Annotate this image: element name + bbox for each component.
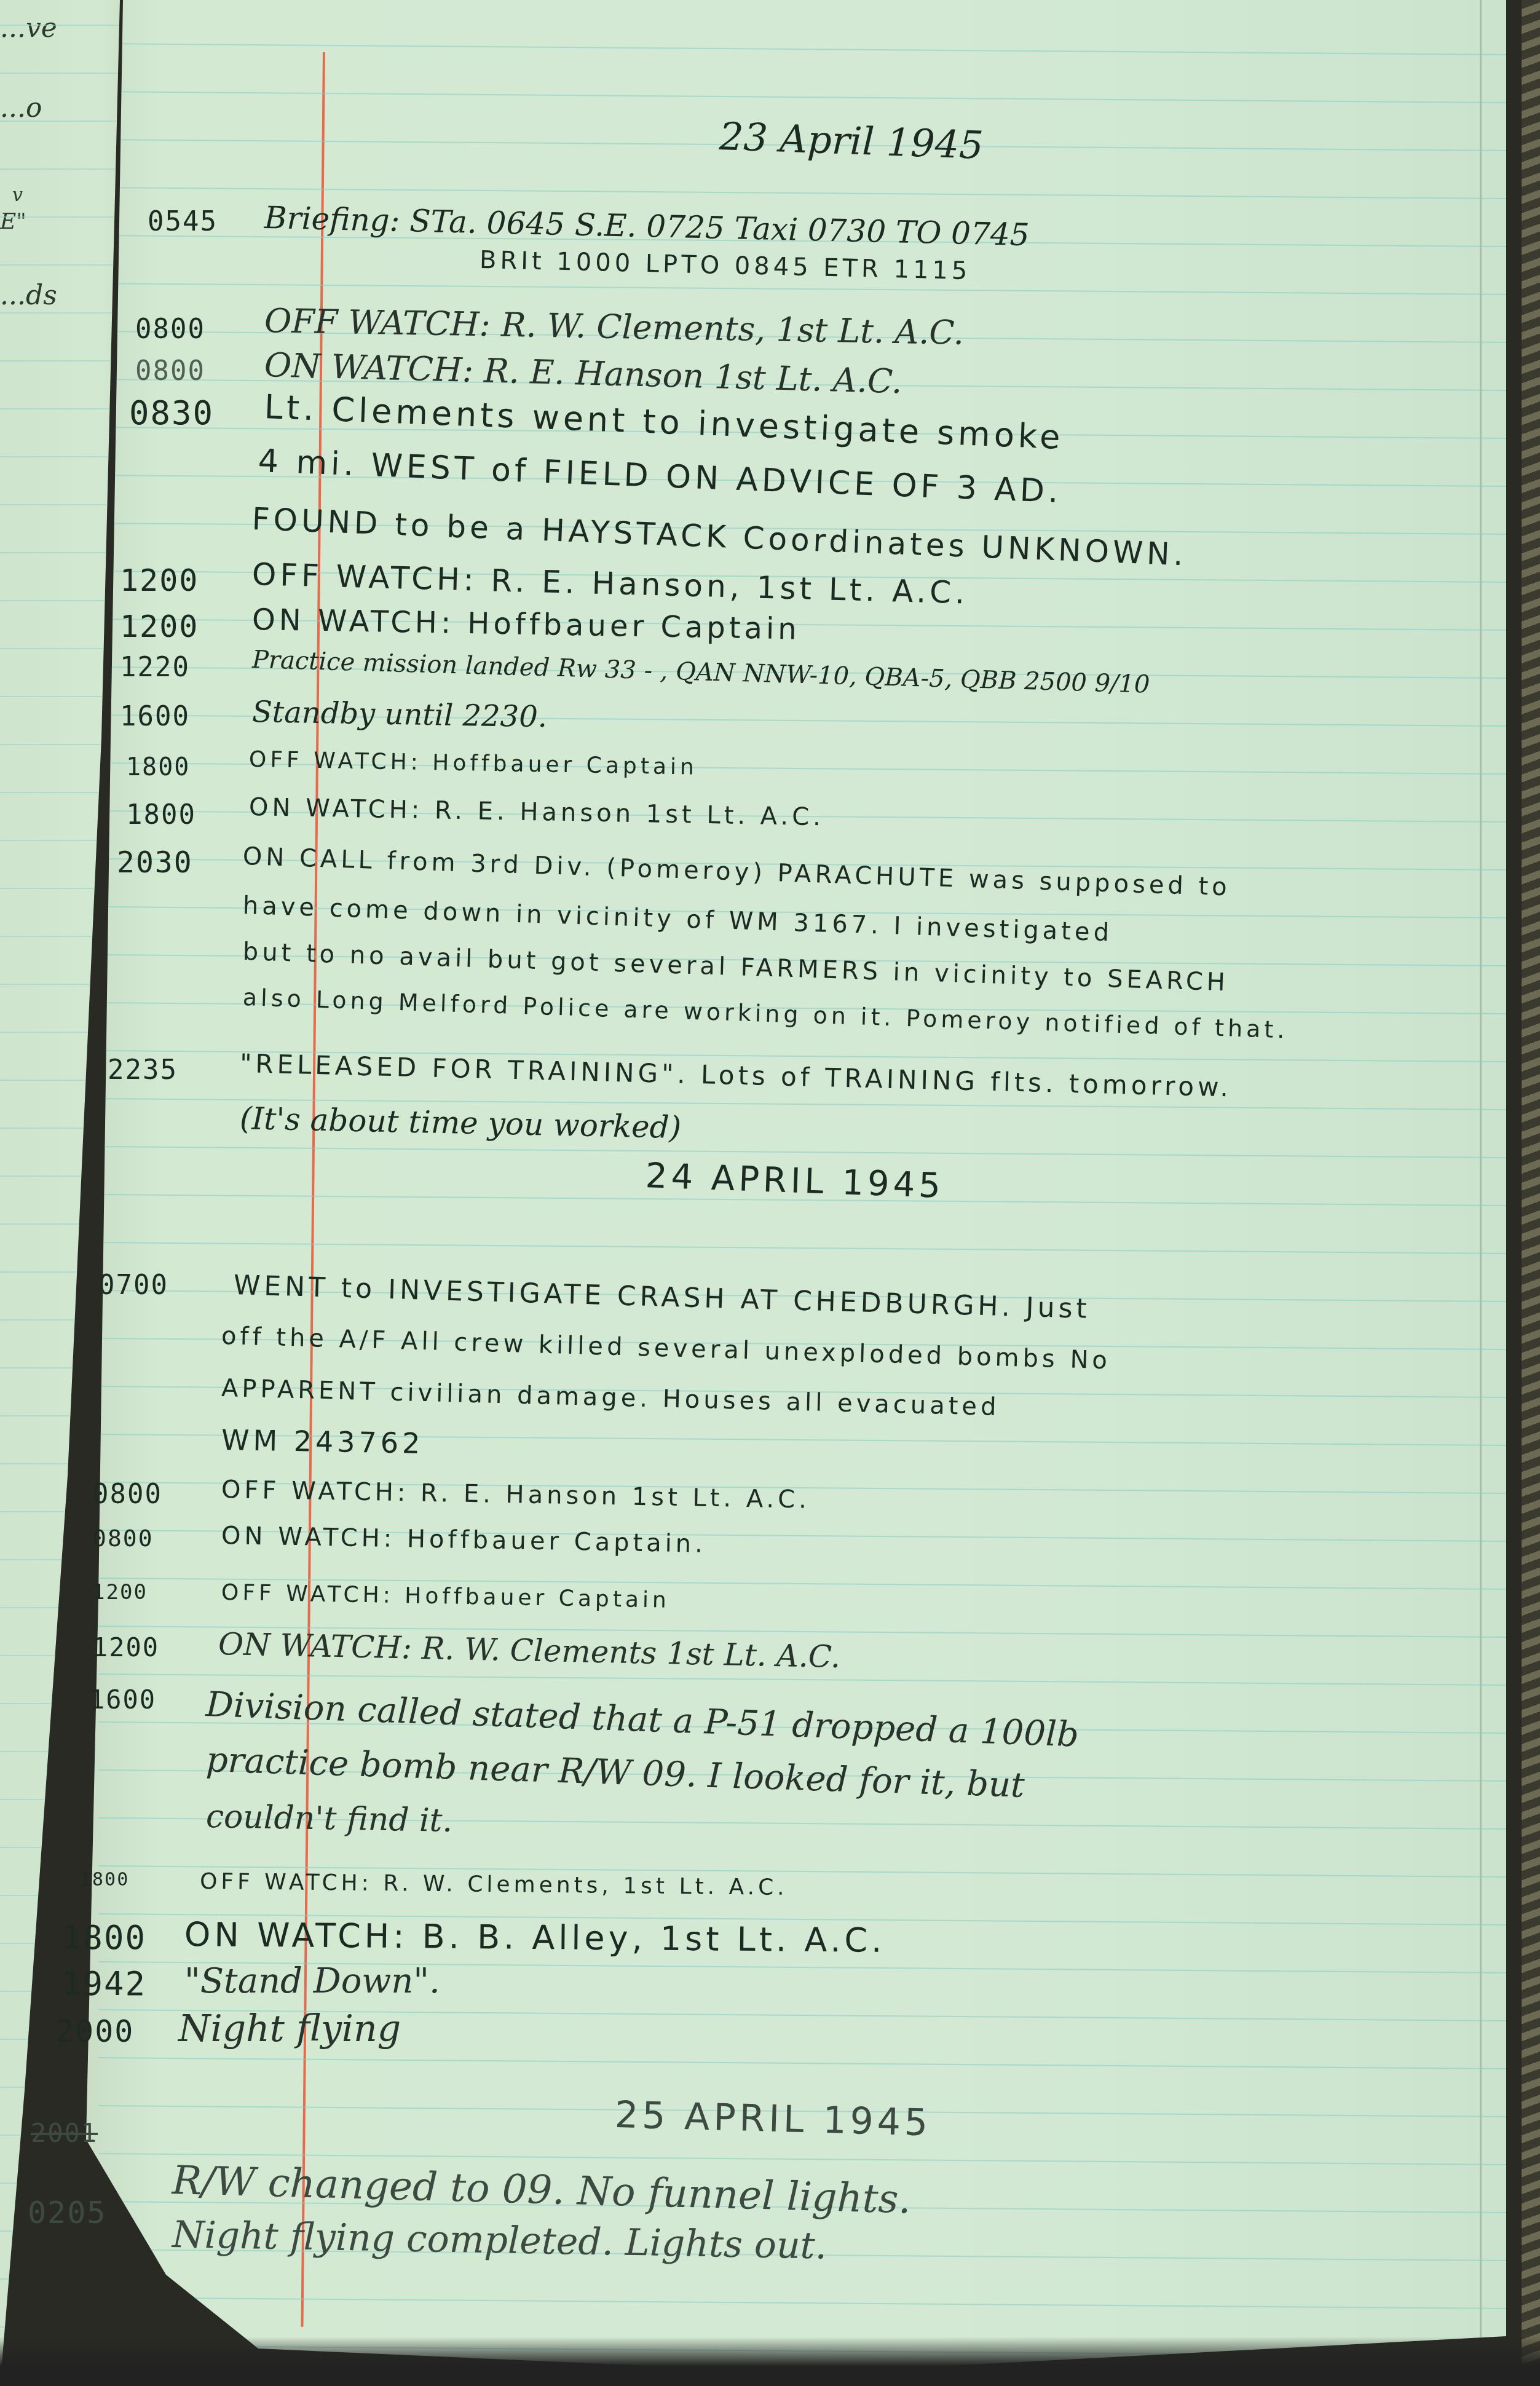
ruled-line xyxy=(98,43,1506,55)
log-entry: "Stand Down". xyxy=(184,1961,440,2001)
ruled-line xyxy=(0,312,123,314)
ruled-line xyxy=(0,360,123,361)
log-entry: couldn't find it. xyxy=(205,1798,452,1839)
log-entry: ON WATCH: B. B. Alley, 1st Lt. A.C. xyxy=(184,1915,886,1960)
ruled-line xyxy=(0,73,123,74)
entry-time: 1200 xyxy=(120,609,199,644)
entry-time: 1800 xyxy=(126,799,196,831)
ruled-line xyxy=(0,840,123,841)
ruled-line xyxy=(98,1146,1506,1158)
entry-time: 1600 xyxy=(89,1685,156,1715)
ruled-line xyxy=(0,120,123,122)
entry-time: 0800 xyxy=(92,1525,154,1552)
ruled-line xyxy=(98,1242,1506,1254)
entry-time: 0700 xyxy=(98,1270,168,1301)
ruled-line xyxy=(0,2278,123,2280)
ruled-line xyxy=(0,504,123,505)
entry-time: 1800 xyxy=(80,1869,129,1890)
ruled-line xyxy=(98,187,1506,199)
ruled-line xyxy=(0,2326,123,2328)
entry-time: 2001 xyxy=(31,2118,98,2148)
ruled-line xyxy=(0,408,123,409)
entry-time: 1200 xyxy=(92,1580,148,1605)
ruled-line xyxy=(98,283,1506,295)
ruled-line xyxy=(0,792,123,793)
ruled-line xyxy=(98,2057,1506,2069)
ruled-line xyxy=(0,888,123,889)
ruled-line xyxy=(0,2183,123,2184)
entry-time: 1220 xyxy=(120,652,190,683)
ruled-line xyxy=(0,984,123,985)
date-heading: 23 April 1945 xyxy=(719,114,984,168)
ruled-line xyxy=(0,744,123,745)
ruled-line xyxy=(0,648,123,649)
ruled-line xyxy=(0,1032,123,1033)
ruled-line xyxy=(0,552,123,553)
entry-time: 0800 xyxy=(92,1479,162,1510)
entry-time: 2000 xyxy=(55,2013,134,2049)
log-entry: Standby until 2230. xyxy=(252,695,548,734)
log-entry: WM 243762 xyxy=(221,1423,424,1460)
ruled-line xyxy=(0,25,123,26)
left-page-fragment: ...ds xyxy=(0,280,57,311)
page-edge xyxy=(1480,0,1482,2386)
entry-time: 2235 xyxy=(108,1054,178,1086)
entry-time: 0830 xyxy=(129,393,214,432)
entry-time: 1600 xyxy=(120,701,190,732)
left-page-fragment: v xyxy=(12,184,23,206)
left-page-fragment: ...o xyxy=(0,92,42,124)
ruled-line xyxy=(0,168,123,170)
ruled-line xyxy=(0,1080,123,1081)
ruled-line xyxy=(98,91,1506,103)
entry-time: 0545 xyxy=(148,206,218,237)
ruled-line xyxy=(0,696,123,697)
entry-time: 1200 xyxy=(92,1632,159,1662)
entry-time: 0800 xyxy=(135,355,205,387)
ruled-line xyxy=(0,216,123,218)
ruled-line xyxy=(0,2230,123,2232)
page-shadow xyxy=(0,2337,1540,2386)
ruled-line xyxy=(0,600,123,601)
entry-time: 0800 xyxy=(135,314,205,345)
date-heading: 25 APRIL 1945 xyxy=(614,2093,932,2144)
entry-time: 1200 xyxy=(120,563,199,598)
entry-time: 2030 xyxy=(117,845,193,880)
ruled-line xyxy=(98,2297,1506,2309)
notebook-binding xyxy=(1522,0,1540,2386)
entry-time: 1942 xyxy=(61,1964,146,2003)
left-page-fragment: E" xyxy=(0,209,26,234)
ruled-line xyxy=(0,264,123,266)
entry-time: 1800 xyxy=(126,753,190,781)
left-page-fragment: ...ve xyxy=(0,12,57,44)
entry-time: 0205 xyxy=(28,2195,106,2230)
log-entry: Night flying xyxy=(178,2007,401,2050)
ruled-line xyxy=(0,456,123,457)
ruled-line xyxy=(0,1128,123,1129)
ruled-line xyxy=(0,936,123,937)
entry-time: 1800 xyxy=(61,1918,146,1957)
